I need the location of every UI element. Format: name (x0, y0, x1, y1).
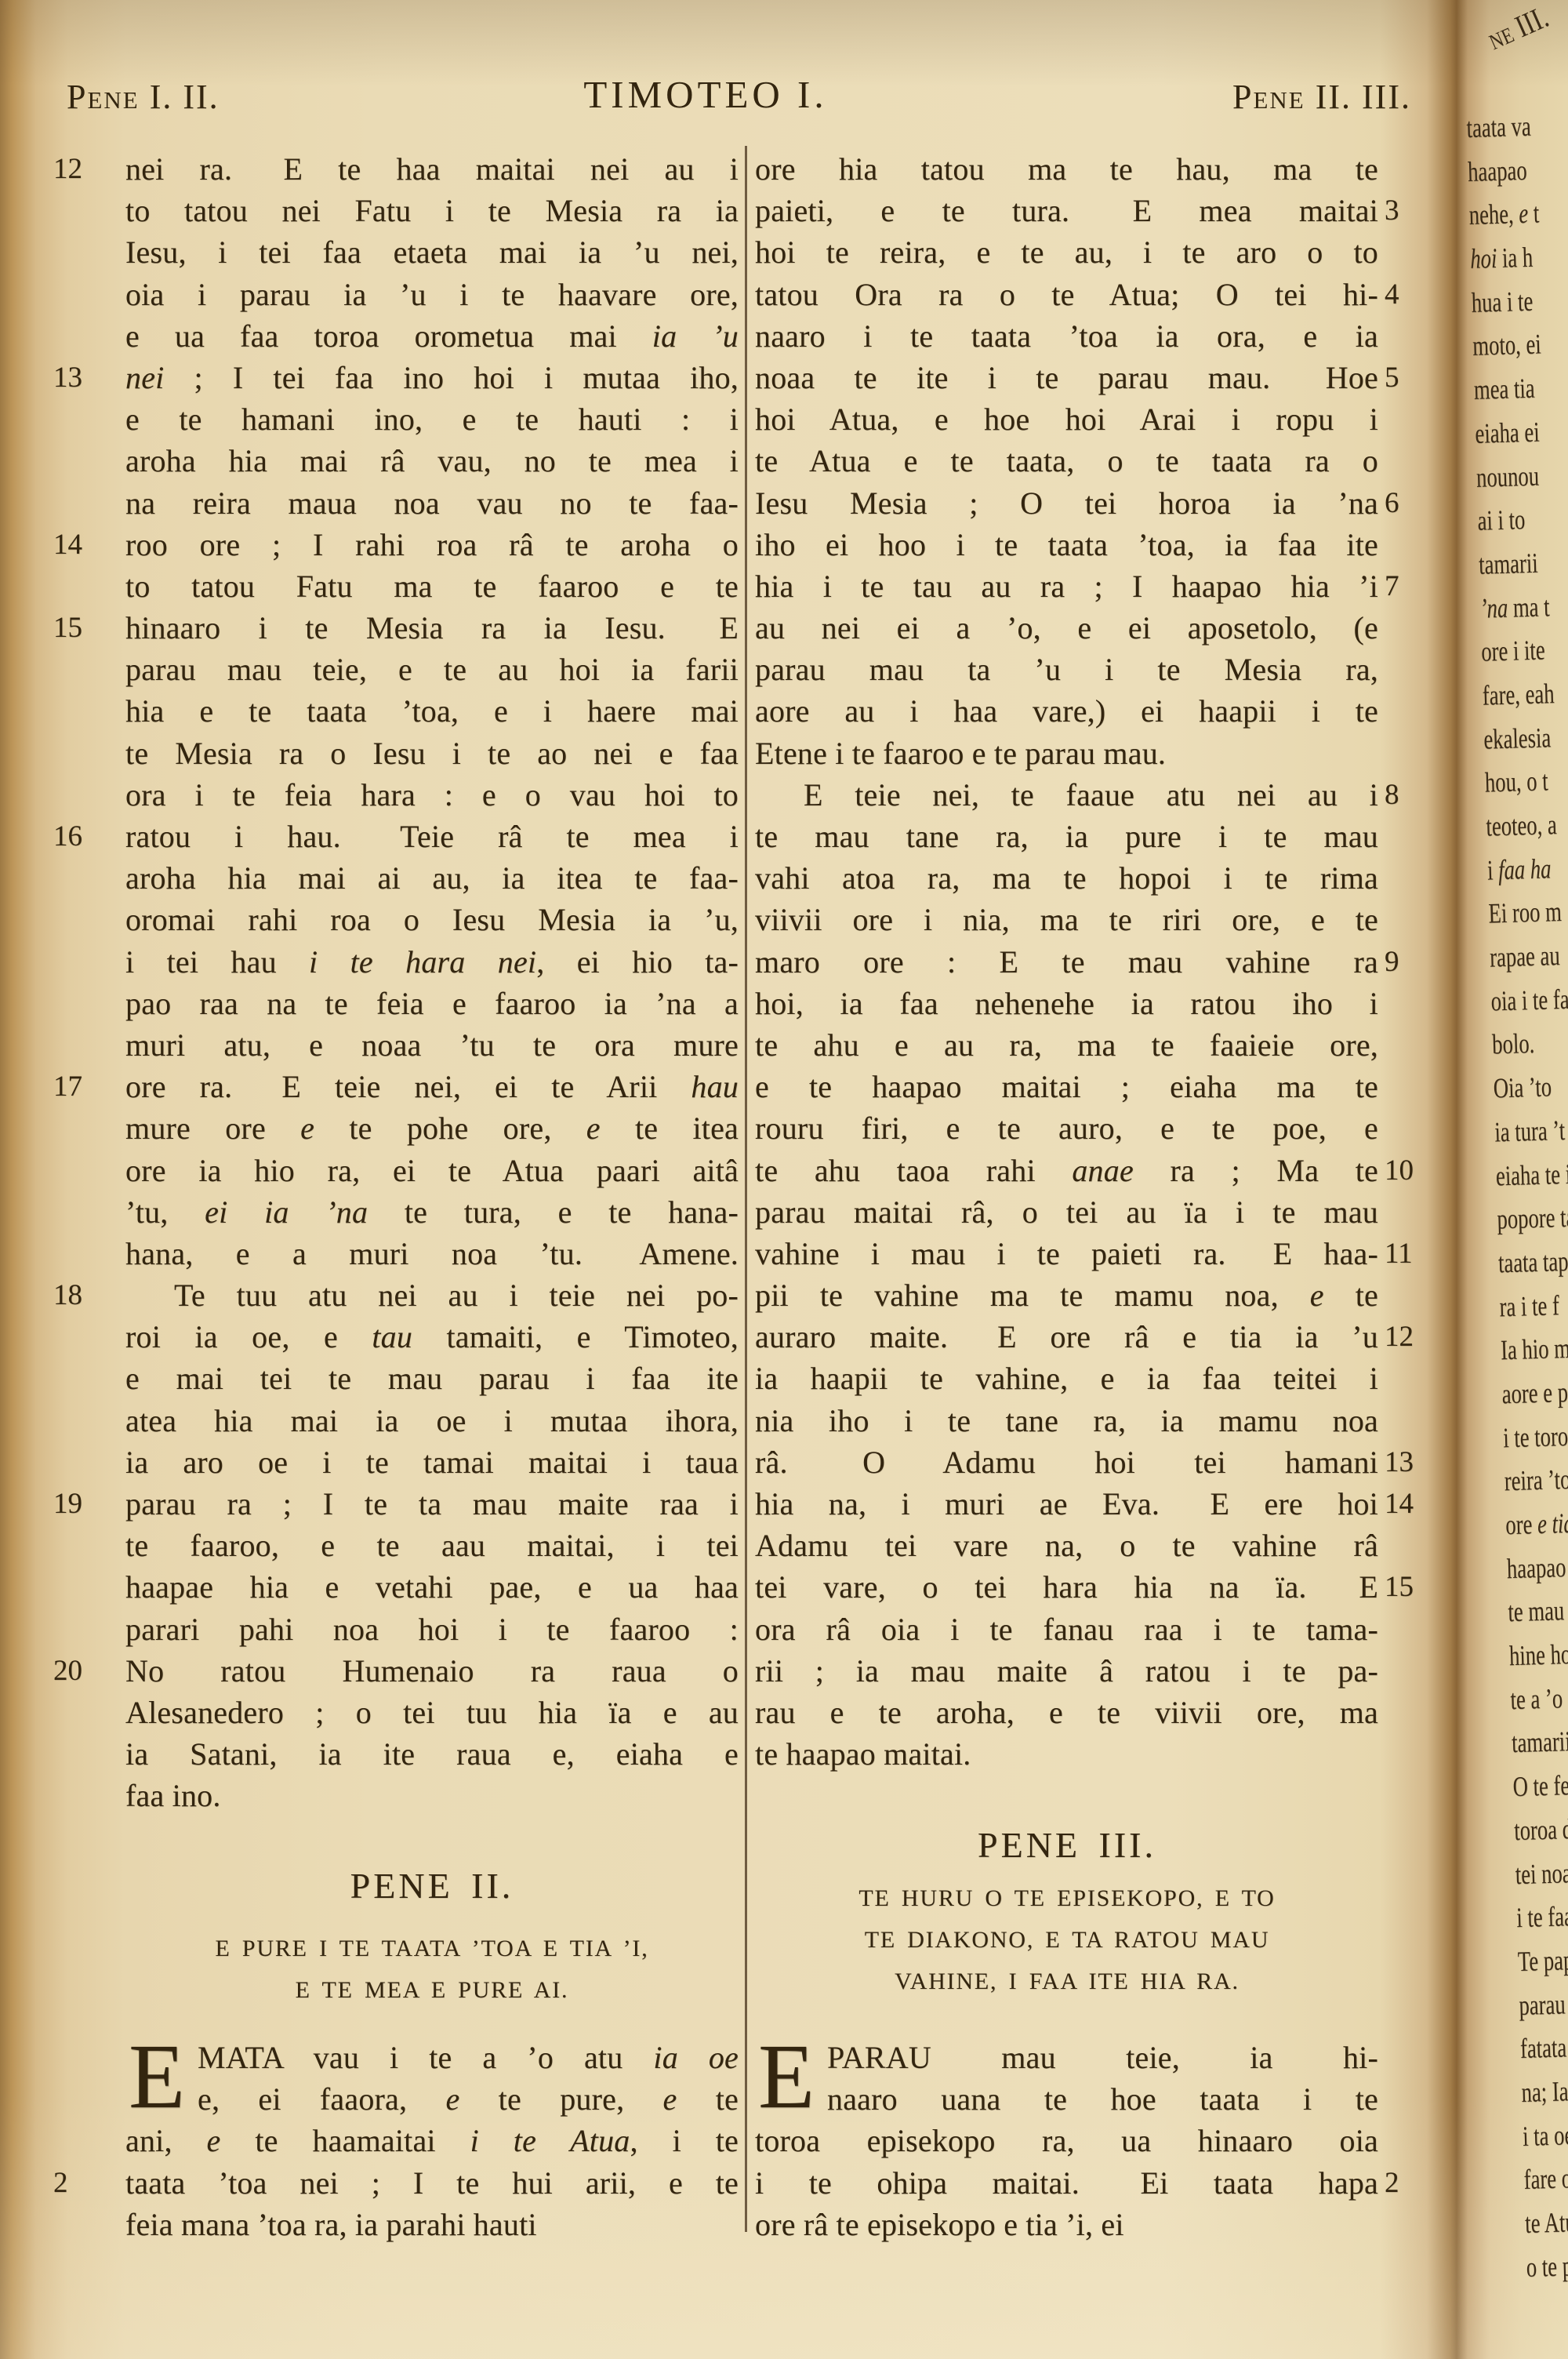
adjacent-page-text-fragment: aore e pa (1501, 1375, 1568, 1421)
text-segment: hoi te reira, e te au, i te aro o to (755, 234, 1378, 270)
adjacent-page-text-fragment: nehe, e t (1468, 196, 1552, 242)
adjacent-page-running-head: ne III. (1482, 0, 1554, 57)
text-segment: te pure, (459, 2081, 662, 2117)
text-segment: tamarii (1479, 547, 1539, 580)
verse-line: 11vahine i mau i te paieti ra. E haa- (755, 1235, 1378, 1277)
adjacent-page-text-fragment: te a ’o n (1510, 1681, 1568, 1727)
chapter-summary-pene-2: E PURE I TE TAATA ’TOA E TIA ’I,E TE MEA… (125, 1936, 739, 2019)
text-segment: tamarii e (1512, 1725, 1568, 1759)
verse-number: 12 (1385, 1320, 1443, 1354)
verse-line: 15hinaaro i te Mesia ra ia Iesu. E (125, 609, 739, 651)
adjacent-page-edge: ne III. taata vahaapaonehe, e thoi ia hh… (1460, 0, 1568, 2359)
book-page: Pene I. II. TIMOTEO I. Pene II. III. 12n… (0, 0, 1568, 2359)
italic-text-segment: e (300, 1110, 314, 1146)
text-segment: rouru firi, e te auro, e te poe, e (755, 1110, 1378, 1146)
verse-number: 3 (1385, 194, 1443, 227)
text-segment: ma t (1508, 591, 1550, 623)
text-segment: te itea (601, 1110, 739, 1146)
adjacent-page-text-fragment: i te toro (1503, 1419, 1568, 1465)
adjacent-page-text-fragment: fatata vau (1519, 2030, 1568, 2076)
verse-number: 5 (1385, 361, 1443, 394)
adjacent-page-text-fragment: teoteo, a (1486, 808, 1568, 854)
verse-line: te Atua e te taata, o te taata ra o (755, 442, 1378, 484)
verse-line: oromai rahi roa o Iesu Mesia ia ’u, (125, 901, 739, 943)
text-segment: Adamu tei vare na, o te vahine râ (755, 1528, 1378, 1563)
adjacent-page-text-fragment: fare o te (1523, 2161, 1568, 2207)
verse-line: ora râ oia i te fanau raa i te tama- (755, 1611, 1378, 1652)
verse-line: mure ore e te pohe ore, e te itea (125, 1110, 739, 1151)
text-segment: teoteo, a (1486, 809, 1557, 842)
text-segment: rii ; ia mau maite â ratou i te pa- (755, 1653, 1378, 1688)
text-segment: te Atua e te taata, o te taata ra o (755, 443, 1378, 478)
text-segment: taata tap (1497, 1245, 1568, 1278)
verse-line: 12nei ra. E te haa maitai nei au i (125, 151, 739, 192)
verse-line: aroha hia mai râ vau, no te mea i (125, 442, 739, 484)
verse-line: faa ino. (125, 1777, 739, 1819)
text-segment: mea tia (1473, 373, 1535, 405)
text-segment: Ei roo m (1488, 896, 1562, 929)
text-segment: fare o te (1523, 2162, 1568, 2195)
verse-line: 18Te tuu atu nei au i teie nei po- (125, 1277, 739, 1318)
text-segment: Etene i te faaroo e te parau mau. (755, 736, 1166, 771)
text-segment: moto, ei (1472, 329, 1541, 362)
text-segment: fatata vau (1519, 2030, 1568, 2064)
verse-line: hana, e a muri noa ’tu. Amene. (125, 1235, 739, 1277)
verse-line: te faaroo, e te aau maitai, i tei (125, 1527, 739, 1568)
text-segment: Iesu Mesia ; O tei horoa ia ’na (755, 485, 1378, 521)
text-segment: vahine i mau i te paieti ra. E haa- (755, 1236, 1378, 1271)
text-segment: ia Satani, ia ite raua e, eiaha e (125, 1736, 739, 1772)
text-segment: PARAU mau teie, ia hi- (827, 2040, 1378, 2075)
text-segment: atea hia mai ia oe i mutaa ihora, (125, 1403, 739, 1438)
verse-number: 6 (1385, 486, 1443, 520)
verse-line: vahi atoa ra, ma te hopoi i te rima (755, 860, 1378, 901)
verse-line: 3paieti, e te tura. E mea maitai (755, 192, 1378, 234)
verse-line: ia aro oe i te tamai maitai i taua (125, 1444, 739, 1485)
text-segment: Iesu, i tei faa etaeta mai ia ’u nei, (125, 234, 739, 270)
text-segment: te ahu taoa rahi (755, 1153, 1072, 1188)
adjacent-page-text-fragment: fare, eah (1482, 677, 1565, 723)
chapter-summary-line: TE HURU O TE EPISEKOPO, E TO (760, 1885, 1374, 1927)
italic-text-segment: e (1519, 198, 1529, 229)
adjacent-page-text-fragment: popore ta (1497, 1201, 1568, 1247)
verse-line: Alesanedero ; o tei tuu hia ïa e au (125, 1694, 739, 1736)
verse-line: naaro i te taata ’toa ia ora, e ia (755, 318, 1378, 359)
adjacent-page-text-fragment: ra i te f (1499, 1288, 1568, 1334)
adjacent-page-text-fragment: i faa ha (1486, 851, 1568, 897)
italic-text-segment: tau (372, 1319, 412, 1354)
verse-line: 9maro ore : E te mau vahine ra (755, 943, 1378, 985)
text-segment: e mai tei te mau parau i faa ite (125, 1361, 739, 1396)
text-segment: i ta oe (1523, 2119, 1568, 2152)
adjacent-page-text-fragment: tei noaa (1515, 1856, 1568, 1902)
text-segment: O te feia (1512, 1769, 1568, 1803)
verse-line: haapae hia e vetahi pae, e ua haa (125, 1568, 739, 1610)
text-segment: rapae au (1490, 940, 1561, 972)
text-segment: ia tura ’t (1494, 1114, 1566, 1147)
text-segment: haapao (1468, 154, 1528, 187)
verse-line: 14hia na, i muri ae Eva. E ere hoi (755, 1485, 1378, 1527)
adjacent-page-text-fragment: oia i te fa (1490, 982, 1568, 1028)
text-segment: aore au i haa vare,) ei haapii i te (755, 693, 1378, 729)
verse-line: ora i te feia hara : e o vau hoi to (125, 776, 739, 818)
text-segment: pii te vahine ma te mamu noa, (755, 1278, 1310, 1313)
verse-line: rouru firi, e te auro, e te poe, e (755, 1110, 1378, 1151)
text-segment: maro ore : E te mau vahine ra (755, 944, 1378, 980)
text-segment: to tatou Fatu ma te faaroo e te (125, 569, 739, 604)
adjacent-page-text-fragment: i te faaro (1516, 1899, 1568, 1945)
text-segment: nounou (1475, 460, 1539, 493)
text-segment: parari pahi noa hoi i te faaroo : (125, 1612, 739, 1647)
text-segment: ; I tei faa ino hoi i mutaa iho, (164, 360, 739, 395)
text-segment: i (1486, 854, 1498, 885)
verse-number: 13 (53, 361, 111, 394)
verse-line: rii ; ia mau maite â ratou i te pa- (755, 1652, 1378, 1694)
verse-line: Adamu tei vare na, o te vahine râ (755, 1527, 1378, 1568)
verse-line: roi ia oe, e tau tamaiti, e Timoteo, (125, 1318, 739, 1360)
verse-line: te mau tane ra, ia pure i te mau (755, 818, 1378, 860)
adjacent-page-text-fragment: hou, o t (1484, 764, 1567, 810)
text-segment: toroa episekopo ra, ua hinaaro oia (755, 2123, 1378, 2158)
verse-line: Etene i te faaroo e te parau mau. (755, 735, 1378, 776)
italic-text-segment: e (586, 1110, 601, 1146)
text-segment: nei ra. E te haa maitai nei au i (125, 151, 739, 187)
adjacent-page-text-fragment: ia tura ’t (1494, 1113, 1568, 1159)
verse-number: 15 (53, 611, 111, 645)
verse-number: 2 (53, 2166, 111, 2200)
text-segment: tei noaa (1515, 1856, 1568, 1889)
adjacent-page-text-fragment: ai i to (1477, 502, 1560, 548)
verse-line: to tatou Fatu ma te faaroo e te (125, 568, 739, 609)
text-segment: Alesanedero ; o tei tuu hia ïa e au (125, 1695, 739, 1730)
verse-number: 2 (1385, 2166, 1443, 2200)
verse-line: 20No ratou Humenaio ra raua o (125, 1652, 739, 1694)
adjacent-page-text-fragment: Te pap (1517, 1943, 1568, 1989)
text-segment: hia e te taata ’toa, e i haere mai (125, 693, 739, 729)
text-segment: vahi atoa ra, ma te hopoi i te rima (755, 860, 1378, 896)
text-segment: te haapao maitai. (755, 1736, 971, 1772)
text-segment: haapae hia e vetahi pae, e ua haa (125, 1569, 739, 1605)
adjacent-page-text-fragment: tamarii e (1512, 1725, 1568, 1771)
text-segment: parau mau ta ’u i te Mesia ra, (755, 652, 1378, 687)
text-segment: ore râ te episekopo e tia ’i, ei (755, 2207, 1124, 2242)
verse-line: e mai tei te mau parau i faa ite (125, 1360, 739, 1401)
verse-number: 15 (1385, 1570, 1443, 1604)
text-segment: oromai rahi roa o Iesu Mesia ia ’u, (125, 902, 739, 937)
italic-text-segment: hoi (1470, 242, 1497, 274)
text-segment: noaa te ite i te parau mau. Hoe (755, 360, 1378, 395)
verse-line: nia iho i te tane ra, ia mamu noa (755, 1402, 1378, 1444)
text-segment: te faaroo, e te aau maitai, i tei (125, 1528, 739, 1563)
text-segment: viivii ore i nia, ma te riri ore, e te (755, 902, 1378, 937)
text-segment: ora i te feia hara : e o vau hoi to (125, 777, 739, 812)
adjacent-page-text-fragment: o te para (1526, 2248, 1568, 2295)
italic-text-segment: i te Atua (470, 2123, 630, 2158)
text-segment: hou, o t (1484, 765, 1548, 798)
text-segment: to tatou nei Fatu i te Mesia ra ia (125, 193, 739, 228)
text-segment: parau ia (1519, 1987, 1568, 2020)
verse-line: 16ratou i hau. Teie râ te mea i (125, 818, 739, 860)
chapter-summary-line: E PURE I TE TAATA ’TOA E TIA ’I, (125, 1936, 739, 1977)
verse-number: 13 (1385, 1445, 1443, 1479)
verse-line: te ahu e au ra, ma te faaieie ore, (755, 1027, 1378, 1068)
adjacent-page-text-fragment: te mau m (1508, 1594, 1568, 1640)
text-segment: taata ’toa nei ; I te hui arii, e te (125, 2165, 739, 2201)
text-segment: e ua faa toroa orometua mai (125, 318, 652, 354)
verse-number: 8 (1385, 778, 1443, 812)
verse-line: hia e te taata ’toa, e i haere mai (125, 692, 739, 734)
verse-line: 14roo ore ; I rahi roa râ te aroha o (125, 526, 739, 568)
verse-line: parari pahi noa hoi i te faaroo : (125, 1611, 739, 1652)
verse-line: e te haapao maitai ; eiaha ma te (755, 1068, 1378, 1110)
text-segment: mure ore (125, 1110, 300, 1146)
text-segment: roo ore ; I rahi roa râ te aroha o (125, 527, 739, 562)
italic-text-segment: e tia (1537, 1507, 1568, 1539)
text-segment: parau ra ; I te ta mau maite raa i (125, 1486, 739, 1521)
text-segment: ekalesia (1483, 722, 1552, 754)
adjacent-page-text-fragments: taata vahaapaonehe, e thoi ia hhua i tem… (1466, 108, 1568, 2294)
verse-line: ia Satani, ia ite raua e, eiaha e (125, 1736, 739, 1777)
column-divider-rule (745, 146, 747, 2232)
verse-line: atea hia mai ia oe i mutaa ihora, (125, 1402, 739, 1444)
text-segment: rau e te aroha, e te viivii ore, ma (755, 1695, 1378, 1730)
italic-text-segment: ia ’u (652, 318, 739, 354)
text-segment: ore hia tatou ma te hau, ma te (755, 151, 1378, 187)
verse-line: 2i te ohipa maitai. Ei taata hapa (755, 2165, 1378, 2206)
text-segment: ore (1505, 1508, 1538, 1540)
verse-number: 14 (53, 528, 111, 562)
chapter-2-opening-paragraph: E MATA vau i te a ’o atu ia oee, ei faao… (125, 2039, 739, 2248)
text-segment: t (1528, 198, 1540, 229)
text-segment: eiaha ei (1475, 416, 1540, 449)
verse-line: ore râ te episekopo e tia ’i, ei (755, 2206, 1378, 2248)
verse-line: e te hamani ino, e te hauti : i (125, 401, 739, 442)
verse-line: ani, e te haamaitai i te Atua, i te (125, 2122, 739, 2164)
text-segment: te pohe ore, (314, 1110, 586, 1146)
text-segment: ratou i hau. Teie râ te mea i (125, 819, 739, 854)
text-segment: feia mana ’toa ra, ia parahi hauti (125, 2207, 537, 2242)
adjacent-page-text-fragment: nounou (1475, 458, 1559, 504)
chapter-3-opening-paragraph: E PARAU mau teie, ia hi-naaro uana te ho… (755, 2039, 1378, 2248)
verse-line: ore ia hio ra, ei te Atua paari aitâ (125, 1152, 739, 1194)
text-segment: toroa dia (1514, 1812, 1568, 1846)
adjacent-page-text-fragment: haapao (1468, 153, 1551, 199)
verse-line: naaro uana te hoe taata i te (755, 2081, 1378, 2122)
verse-line: hoi, ia faa nehenehe ia ratou iho i (755, 985, 1378, 1027)
text-segment: haapao n (1506, 1550, 1568, 1584)
verse-line: 19parau ra ; I te ta mau maite raa i (125, 1485, 739, 1527)
adjacent-page-text-fragment: hine hoe (1508, 1637, 1568, 1683)
adjacent-page-text-fragment: na; Ia (1521, 2074, 1568, 2120)
text-segment: roi ia oe, e (125, 1319, 372, 1354)
text-segment: i te ohipa maitai. Ei taata hapa (755, 2165, 1378, 2201)
adjacent-page-text-fragment: mea tia (1473, 371, 1556, 417)
text-segment: e te haapao maitai ; eiaha ma te (755, 1069, 1378, 1104)
adjacent-page-text-fragment: hua i te (1471, 284, 1554, 330)
text-segment: tei vare, o tei hara hia na ïa. E (755, 1569, 1378, 1605)
verse-line: au nei ei a ’o, e ei aposetolo, (e (755, 609, 1378, 651)
text-segment: i te faaro (1516, 1900, 1568, 1934)
adjacent-page-text-fragment: taata va (1466, 109, 1549, 155)
italic-text-segment: ’na (1479, 591, 1508, 623)
text-segment: nia iho i te tane ra, ia mamu noa (755, 1403, 1378, 1438)
verse-line: 13nei ; I tei faa ino hoi i mutaa iho, (125, 359, 739, 401)
verse-number: 4 (1385, 278, 1443, 311)
text-segment: hua i te (1471, 285, 1534, 318)
verse-line: na reira maua noa vau no te faa- (125, 485, 739, 526)
verse-number: 10 (1385, 1154, 1443, 1187)
text-segment: ore ra. E teie nei, ei te Arii (125, 1069, 691, 1104)
verse-line: i tei hau i te hara nei, ei hio ta- (125, 943, 739, 985)
verse-line: viivii ore i nia, ma te riri ore, e te (755, 901, 1378, 943)
adjacent-page-text-fragment: Oia ’to (1493, 1070, 1568, 1116)
verse-line: toroa episekopo ra, ua hinaaro oia (755, 2122, 1378, 2164)
text-segment: pao raa na te feia e faaroo ia ’na a (125, 986, 739, 1021)
text-segment: ore i ite (1481, 634, 1545, 667)
text-segment: , i te (630, 2123, 739, 2158)
text-segment: te (1324, 1278, 1378, 1313)
verse-line: 7hia i te tau au ra ; I haapao hia ’i (755, 568, 1378, 609)
verse-line: to tatou nei Fatu i te Mesia ra ia (125, 192, 739, 234)
text-segment: hinaaro i te Mesia ra ia Iesu. E (125, 610, 739, 645)
text-segment: ai i to (1477, 503, 1526, 536)
italic-text-segment: faa ha (1498, 852, 1552, 885)
verse-line: pao raa na te feia e faaroo ia ’na a (125, 985, 739, 1027)
text-segment: ia haapii te vahine, e ia faa teitei i (755, 1361, 1378, 1396)
text-segment: tatou Ora ra o te Atua; O tei hi- (755, 277, 1378, 312)
text-segment: au nei ei a ’o, e ei aposetolo, (e (755, 610, 1378, 645)
verse-line: ’tu, ei ia ’na te tura, e te hana- (125, 1194, 739, 1235)
adjacent-page-text-fragment: rapae au (1490, 939, 1568, 985)
verse-line: hoi Atua, e hoe hoi Arai i ropu i (755, 401, 1378, 442)
verse-line: ore hia tatou ma te hau, ma te (755, 151, 1378, 192)
adjacent-page-text-fragment: te Atua (1525, 2205, 1568, 2251)
text-segment: hia i te tau au ra ; I haapao hia ’i (755, 569, 1378, 604)
running-head-right: Pene II. III. (941, 77, 1411, 117)
text-segment: MATA vau i te a ’o atu (198, 2040, 653, 2075)
verse-line: rau e te aroha, e te viivii ore, ma (755, 1694, 1378, 1736)
adjacent-page-text-fragment: eiaha ei (1475, 415, 1558, 461)
chapter-summary-pene-3: TE HURU O TE EPISEKOPO, E TOTE DIAKONO, … (760, 1885, 1374, 2010)
text-segment: popore ta (1497, 1201, 1568, 1235)
text-segment: te mau m (1508, 1594, 1568, 1628)
text-segment: paieti, e te tura. E mea maitai (755, 193, 1378, 228)
text-segment: nehe, (1468, 198, 1519, 231)
text-segment: i te toro (1503, 1420, 1568, 1453)
italic-text-segment: hau (691, 1069, 739, 1104)
text-segment: te (677, 2081, 739, 2117)
adjacent-page-text-fragment: Ei roo m (1488, 895, 1568, 941)
text-segment: faa ino. (125, 1778, 221, 1813)
text-segment: te Mesia ra o Iesu i te ao nei e faa (125, 736, 739, 771)
text-segment: e te hamani ino, e te hauti : i (125, 402, 739, 437)
verse-line: pii te vahine ma te mamu noa, e te (755, 1277, 1378, 1318)
verse-line: 13râ. O Adamu hoi tei hamani (755, 1444, 1378, 1485)
italic-text-segment: i te hara nei (309, 944, 536, 980)
verse-line: 12auraro maite. E ore râ e tia ia ’u (755, 1318, 1378, 1360)
verse-line: 6Iesu Mesia ; O tei horoa ia ’na (755, 485, 1378, 526)
verse-number: 16 (53, 820, 111, 853)
verse-number: 7 (1385, 569, 1443, 603)
verse-line: te haapao maitai. (755, 1736, 1378, 1777)
verse-line: aroha hia mai ai au, ia itea te faa- (125, 860, 739, 901)
text-segment: parau mau teie, e te au hoi ia farii (125, 652, 739, 687)
verse-line: PARAU mau teie, ia hi- (755, 2039, 1378, 2081)
verse-line: parau mau ta ’u i te Mesia ra, (755, 651, 1378, 692)
text-segment: oia i parau ia ’u i te haavare ore, (125, 277, 739, 312)
right-text-column: ore hia tatou ma te hau, ma te3paieti, e… (755, 151, 1378, 1777)
chapter-summary-line: E TE MEA E PURE AI. (125, 1977, 739, 2019)
text-segment: na; Ia (1521, 2075, 1568, 2108)
italic-text-segment: ei ia ’na (205, 1194, 368, 1230)
text-segment: E teie nei, te faaue atu nei au i (804, 777, 1378, 812)
italic-text-segment: e (1310, 1278, 1324, 1313)
text-segment: râ. O Adamu hoi tei hamani (755, 1445, 1378, 1480)
italic-text-segment: e (663, 2081, 677, 2117)
text-segment: te Atua (1525, 2206, 1568, 2239)
text-segment: bolo. (1492, 1027, 1535, 1060)
chapter-summary-line: TE DIAKONO, E TA RATOU MAU (760, 1927, 1374, 1968)
text-segment: auraro maite. E ore râ e tia ia ’u (755, 1319, 1378, 1354)
verse-line: parau maitai râ, o tei au ïa i te mau (755, 1194, 1378, 1235)
verse-line: MATA vau i te a ’o atu ia oe (125, 2039, 739, 2081)
text-segment: tamaiti, e Timoteo, (412, 1319, 739, 1354)
italic-text-segment: ia oe (653, 2040, 739, 2075)
text-segment: e, ei faaora, (198, 2081, 445, 2117)
adjacent-page-text-fragment: tamarii (1479, 546, 1562, 592)
text-segment: muri atu, e noaa ’tu te ora mure (125, 1027, 739, 1063)
text-segment: iho ei hoo i te taata ’toa, ia faa ite (755, 527, 1378, 562)
text-segment: reira ’toa (1504, 1463, 1568, 1497)
text-segment: te haamaitai (221, 2123, 470, 2158)
text-segment: i tei hau (125, 944, 309, 980)
text-segment: aroha hia mai râ vau, no te mea i (125, 443, 739, 478)
verse-number: 12 (53, 152, 111, 186)
verse-line: aore au i haa vare,) ei haapii i te (755, 692, 1378, 734)
adjacent-page-text-fragment: haapao n (1506, 1550, 1568, 1596)
text-segment: te tura, e te hana- (368, 1194, 739, 1230)
text-segment: ore ia hio ra, ei te Atua paari aitâ (125, 1153, 739, 1188)
verse-number: 17 (53, 1070, 111, 1103)
chapter-summary-line: VAHINE, I FAA ITE HIA RA. (760, 1968, 1374, 2010)
adjacent-page-text-fragment: ’na ma t (1479, 589, 1563, 635)
verse-line: ia haapii te vahine, e ia faa teitei i (755, 1360, 1378, 1401)
chapter-heading-pene-2: PENE II. (125, 1865, 739, 1906)
text-segment: taata va (1466, 111, 1531, 144)
text-segment: ia h (1497, 242, 1534, 274)
text-segment: parau maitai râ, o tei au ïa i te mau (755, 1194, 1378, 1230)
left-text-column: 12nei ra. E te haa maitai nei au ito tat… (125, 151, 739, 1819)
verse-line: 8E teie nei, te faaue atu nei au i (755, 776, 1378, 818)
text-segment: hoi Atua, e hoe hoi Arai i ropu i (755, 402, 1378, 437)
verse-line: oia i parau ia ’u i te haavare ore, (125, 276, 739, 318)
text-segment: fare, eah (1482, 678, 1555, 711)
text-segment: na reira maua noa vau no te faa- (125, 485, 739, 521)
adjacent-page-text-fragment: toroa dia (1514, 1812, 1568, 1858)
text-segment: o te para (1526, 2249, 1568, 2283)
text-segment: aore e pa (1501, 1376, 1568, 1410)
text-segment: Oia ’to (1493, 1071, 1552, 1104)
chapter-heading-pene-3: PENE III. (760, 1824, 1374, 1866)
text-segment: hia na, i muri ae Eva. E ere hoi (755, 1486, 1378, 1521)
verse-line: 17ore ra. E teie nei, ei te Arii hau (125, 1068, 739, 1110)
verse-line: feia mana ’toa ra, ia parahi hauti (125, 2206, 739, 2248)
verse-line: 5noaa te ite i te parau mau. Hoe (755, 359, 1378, 401)
text-segment: oia i te fa (1490, 983, 1568, 1017)
adjacent-page-text-fragment: ore e tia (1505, 1506, 1568, 1552)
verse-number: 11 (1385, 1237, 1443, 1270)
text-segment: ’tu, (125, 1194, 205, 1230)
